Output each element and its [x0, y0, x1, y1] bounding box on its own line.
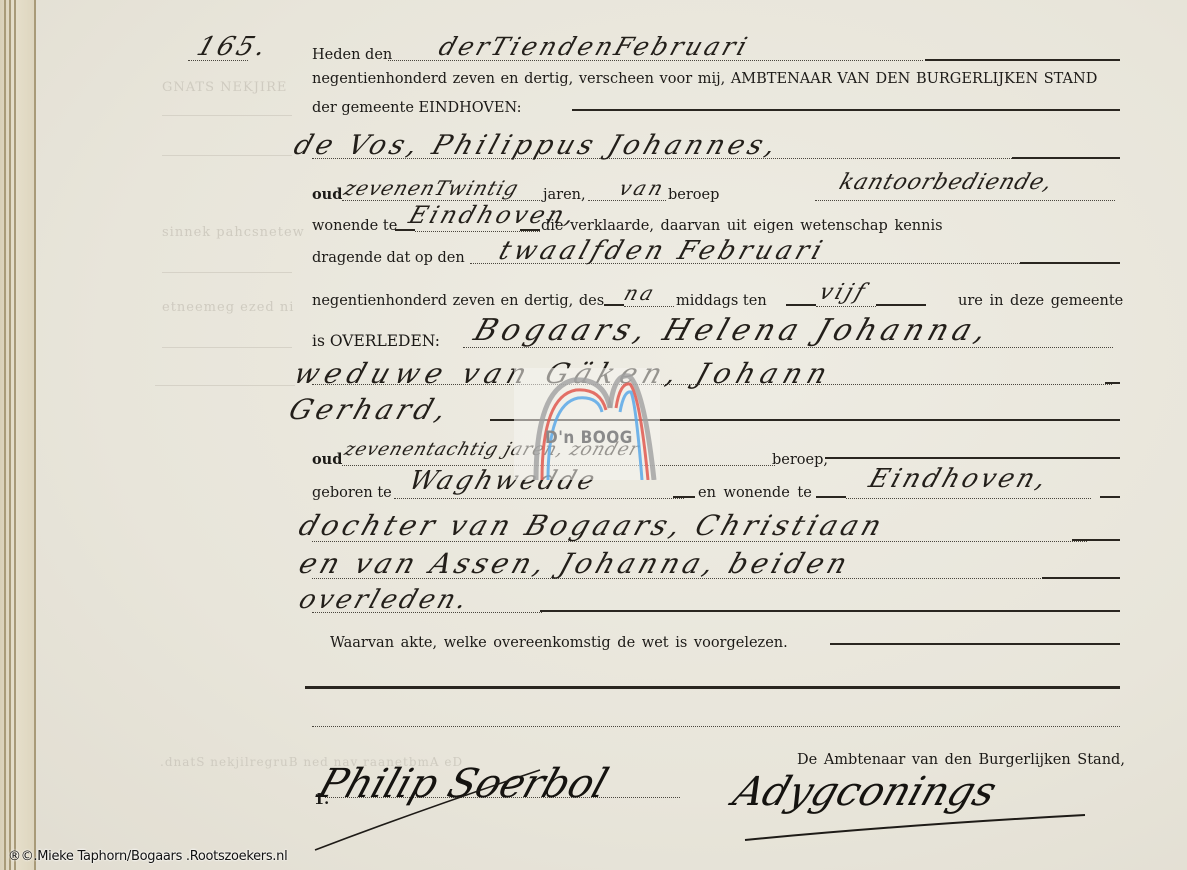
copyright-notice: ®©.Mieke Taphorn/Bogaars .Rootszoekers.n…	[8, 849, 287, 864]
watermark-text: D'n BOOG	[545, 428, 633, 448]
document-page: GNATS NEKJIRE sinnek pahcsnetew etneemeg…	[0, 0, 1187, 870]
watermark-arcs-icon	[514, 368, 660, 480]
